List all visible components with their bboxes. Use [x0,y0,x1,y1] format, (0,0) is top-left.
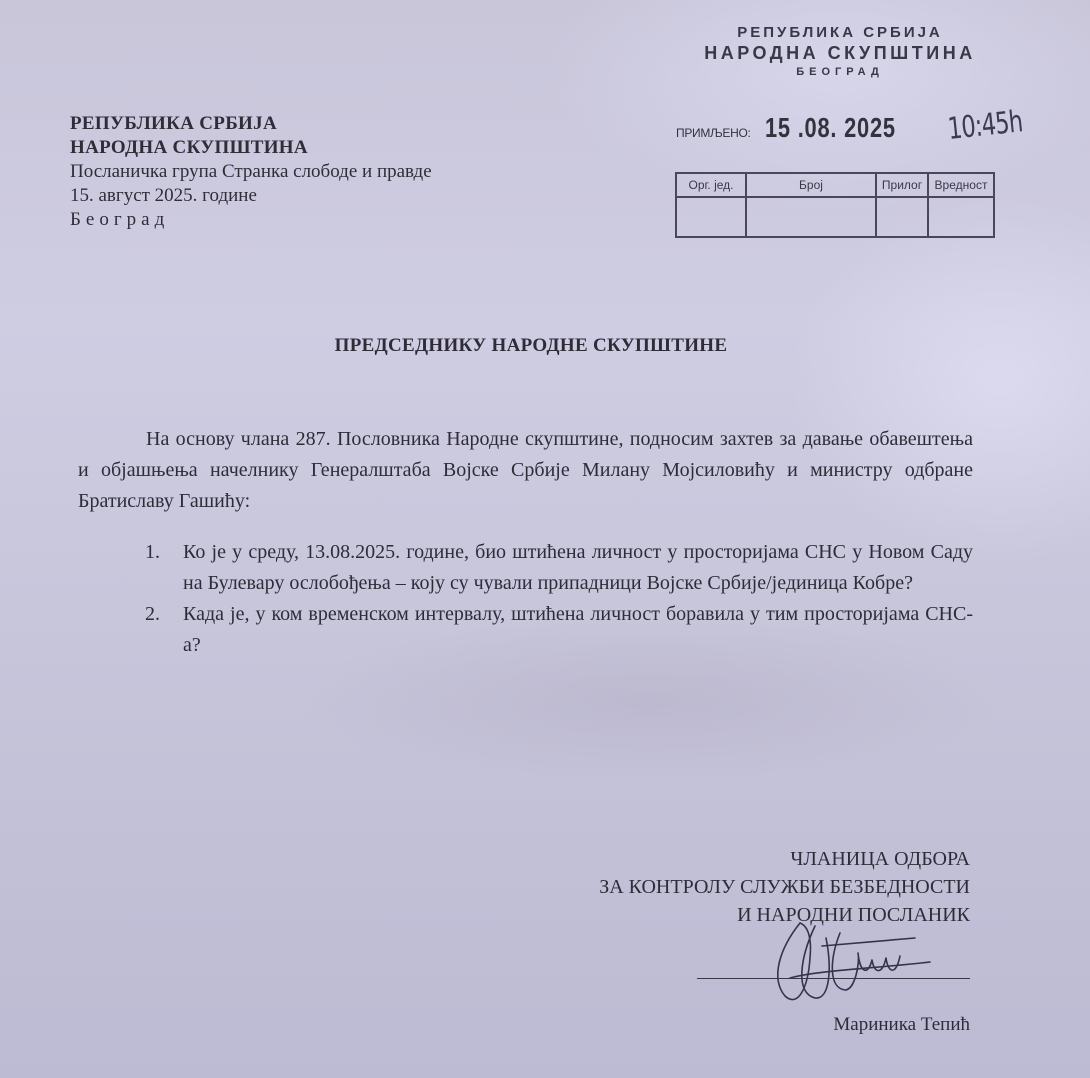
col-value: Вредност [928,173,994,197]
sender-date: 15. август 2025. године [70,184,432,208]
signature-role-line1: ЧЛАНИЦА ОДБОРА [599,845,970,873]
question-number: 1. [145,537,183,599]
question-item: 1. Ко је у среду, 13.08.2025. године, би… [145,537,973,599]
stamp-city: БЕОГРАД [660,64,1020,80]
sender-city: Београд [70,208,432,232]
question-item: 2. Када је, у ком временском интервалу, … [145,599,973,661]
stamp-republic: РЕПУБЛИКА СРБИЈА [660,24,1020,42]
body-paragraph: На основу члана 287. Пословника Народне … [78,424,973,517]
cell-number [746,197,876,237]
sender-header: РЕПУБЛИКА СРБИЈА НАРОДНА СКУПШТИНА Посла… [70,112,432,232]
registry-table: Орг. јед. Број Прилог Вредност [675,172,995,238]
addressee-text: ПРЕДСЕДНИКУ НАРОДНЕ СКУПШТИНЕ [335,335,728,356]
cell-attachment [876,197,928,237]
col-attachment: Прилог [876,173,928,197]
cell-value [928,197,994,237]
signature-role-line2: ЗА КОНТРОЛУ СЛУЖБИ БЕЗБЕДНОСТИ [599,873,970,901]
question-number: 2. [145,599,183,661]
addressee-heading: ПРЕДСЕДНИКУ НАРОДНЕ СКУПШТИНЕ [0,335,1090,357]
sender-group: Посланичка група Странка слободе и правд… [70,160,432,184]
handwritten-signature-icon [760,918,960,1008]
handwritten-time: 10:45h [946,104,1024,147]
question-text: Ко је у среду, 13.08.2025. године, био ш… [183,537,973,599]
registry-stamp-header: РЕПУБЛИКА СРБИЈА НАРОДНА СКУПШТИНА БЕОГР… [660,24,1020,80]
col-org-unit: Орг. јед. [676,173,746,197]
signature-line [697,978,970,979]
received-date: 15 .08. 2025 [765,112,896,144]
signature-title: ЧЛАНИЦА ОДБОРА ЗА КОНТРОЛУ СЛУЖБИ БЕЗБЕД… [599,845,970,929]
received-label: ПРИМЉЕНО: [676,126,751,140]
stamp-assembly: НАРОДНА СКУПШТИНА [660,42,1020,64]
signatory-name: Мариника Тепић [833,1014,970,1036]
question-text: Када је, у ком временском интервалу, шти… [183,599,973,661]
cell-org-unit [676,197,746,237]
col-number: Број [746,173,876,197]
sender-assembly: НАРОДНА СКУПШТИНА [70,136,432,160]
questions-list: 1. Ко је у среду, 13.08.2025. године, би… [145,537,973,661]
sender-republic: РЕПУБЛИКА СРБИЈА [70,112,432,136]
received-stamp: ПРИМЉЕНО: 15 .08. 2025 [676,112,932,144]
